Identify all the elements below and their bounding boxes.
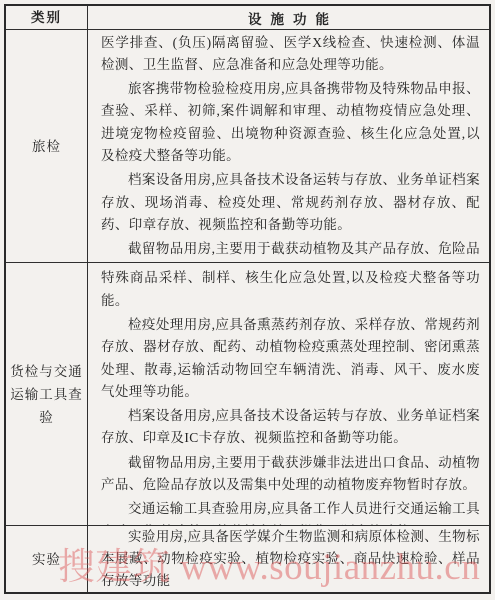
paragraph: 旅客卫生检疫用房,应具备国际旅行健康咨询、预防接种、医学排查、(负压)隔离留验、… bbox=[101, 30, 480, 76]
paragraph: 交通运输工具查验用房,应具备工作人员进行交通运输工具查验工作,检疫处理的药械存储… bbox=[101, 498, 480, 525]
functions-cell-cargo-transport-inspection: 采样检测用房,应具备食品、动植物产品采样、一般商品/特殊商品采样、制样、核生化应… bbox=[88, 263, 489, 525]
category-label-laboratory: 实验 bbox=[6, 526, 88, 592]
scanned-document-page: 类别 设施功能 旅检 旅客卫生检疫用房,应具备国际旅行健康咨询、预防接种、医学排… bbox=[0, 0, 495, 600]
paragraph: 采样检测用房,应具备食品、动植物产品采样、一般商品/特殊商品采样、制样、核生化应… bbox=[101, 263, 480, 312]
table-row-passenger-inspection: 旅检 旅客卫生检疫用房,应具备国际旅行健康咨询、预防接种、医学排查、(负压)隔离… bbox=[6, 29, 489, 262]
category-line: 运输工具查验 bbox=[6, 383, 87, 429]
header-category-cell: 类别 bbox=[6, 6, 88, 29]
table-row-cargo-transport-inspection: 货检与交通 运输工具查验 采样检测用房,应具备食品、动植物产品采样、一般商品/特… bbox=[6, 262, 489, 525]
category-line: 旅检 bbox=[32, 135, 61, 158]
paragraph: 截留物品用房,主要用于截获涉嫌非法进出口食品、动植物产品、危险品存放以及需集中处… bbox=[101, 452, 480, 497]
paragraph: 档案设备用房,应具备技术设备运转与存放、业务单证档案存放、印章及IC卡存放、视频… bbox=[101, 405, 480, 450]
functions-cell-passenger-inspection: 旅客卫生检疫用房,应具备国际旅行健康咨询、预防接种、医学排查、(负压)隔离留验、… bbox=[88, 30, 489, 262]
category-label-cargo-transport-inspection: 货检与交通 运输工具查验 bbox=[6, 263, 88, 525]
paragraph: 旅客携带物检验检疫用房,应具备携带物及特殊物品申报、查验、采样、初筛,案件调解和… bbox=[101, 78, 480, 167]
paragraph: 档案设备用房,应具备技术设备运转与存放、业务单证档案存放、现场消毒、检疫处理、常… bbox=[101, 169, 480, 236]
paragraph: 截留物品用房,主要用于截获动植物及其产品存放、危险品存放 bbox=[101, 238, 480, 262]
table-header-row: 类别 设施功能 bbox=[6, 6, 489, 29]
facility-functions-table: 类别 设施功能 旅检 旅客卫生检疫用房,应具备国际旅行健康咨询、预防接种、医学排… bbox=[4, 4, 491, 594]
category-label-passenger-inspection: 旅检 bbox=[6, 30, 88, 262]
category-line: 实验 bbox=[32, 548, 61, 571]
paragraph: 实验用房,应具备医学媒介生物监测和病原体检测、生物标本展藏、动物检疫实验、植物检… bbox=[101, 526, 480, 592]
category-line: 货检与交通 bbox=[10, 360, 83, 383]
functions-cell-laboratory: 实验用房,应具备医学媒介生物监测和病原体检测、生物标本展藏、动物检疫实验、植物检… bbox=[88, 526, 489, 592]
paragraph: 检疫处理用房,应具备熏蒸药剂存放、采样存放、常规药剂存放、器材存放、配药、动植物… bbox=[101, 314, 480, 403]
table-row-laboratory: 实验 实验用房,应具备医学媒介生物监测和病原体检测、生物标本展藏、动物检疫实验、… bbox=[6, 525, 489, 592]
header-functions-cell: 设施功能 bbox=[88, 6, 489, 29]
